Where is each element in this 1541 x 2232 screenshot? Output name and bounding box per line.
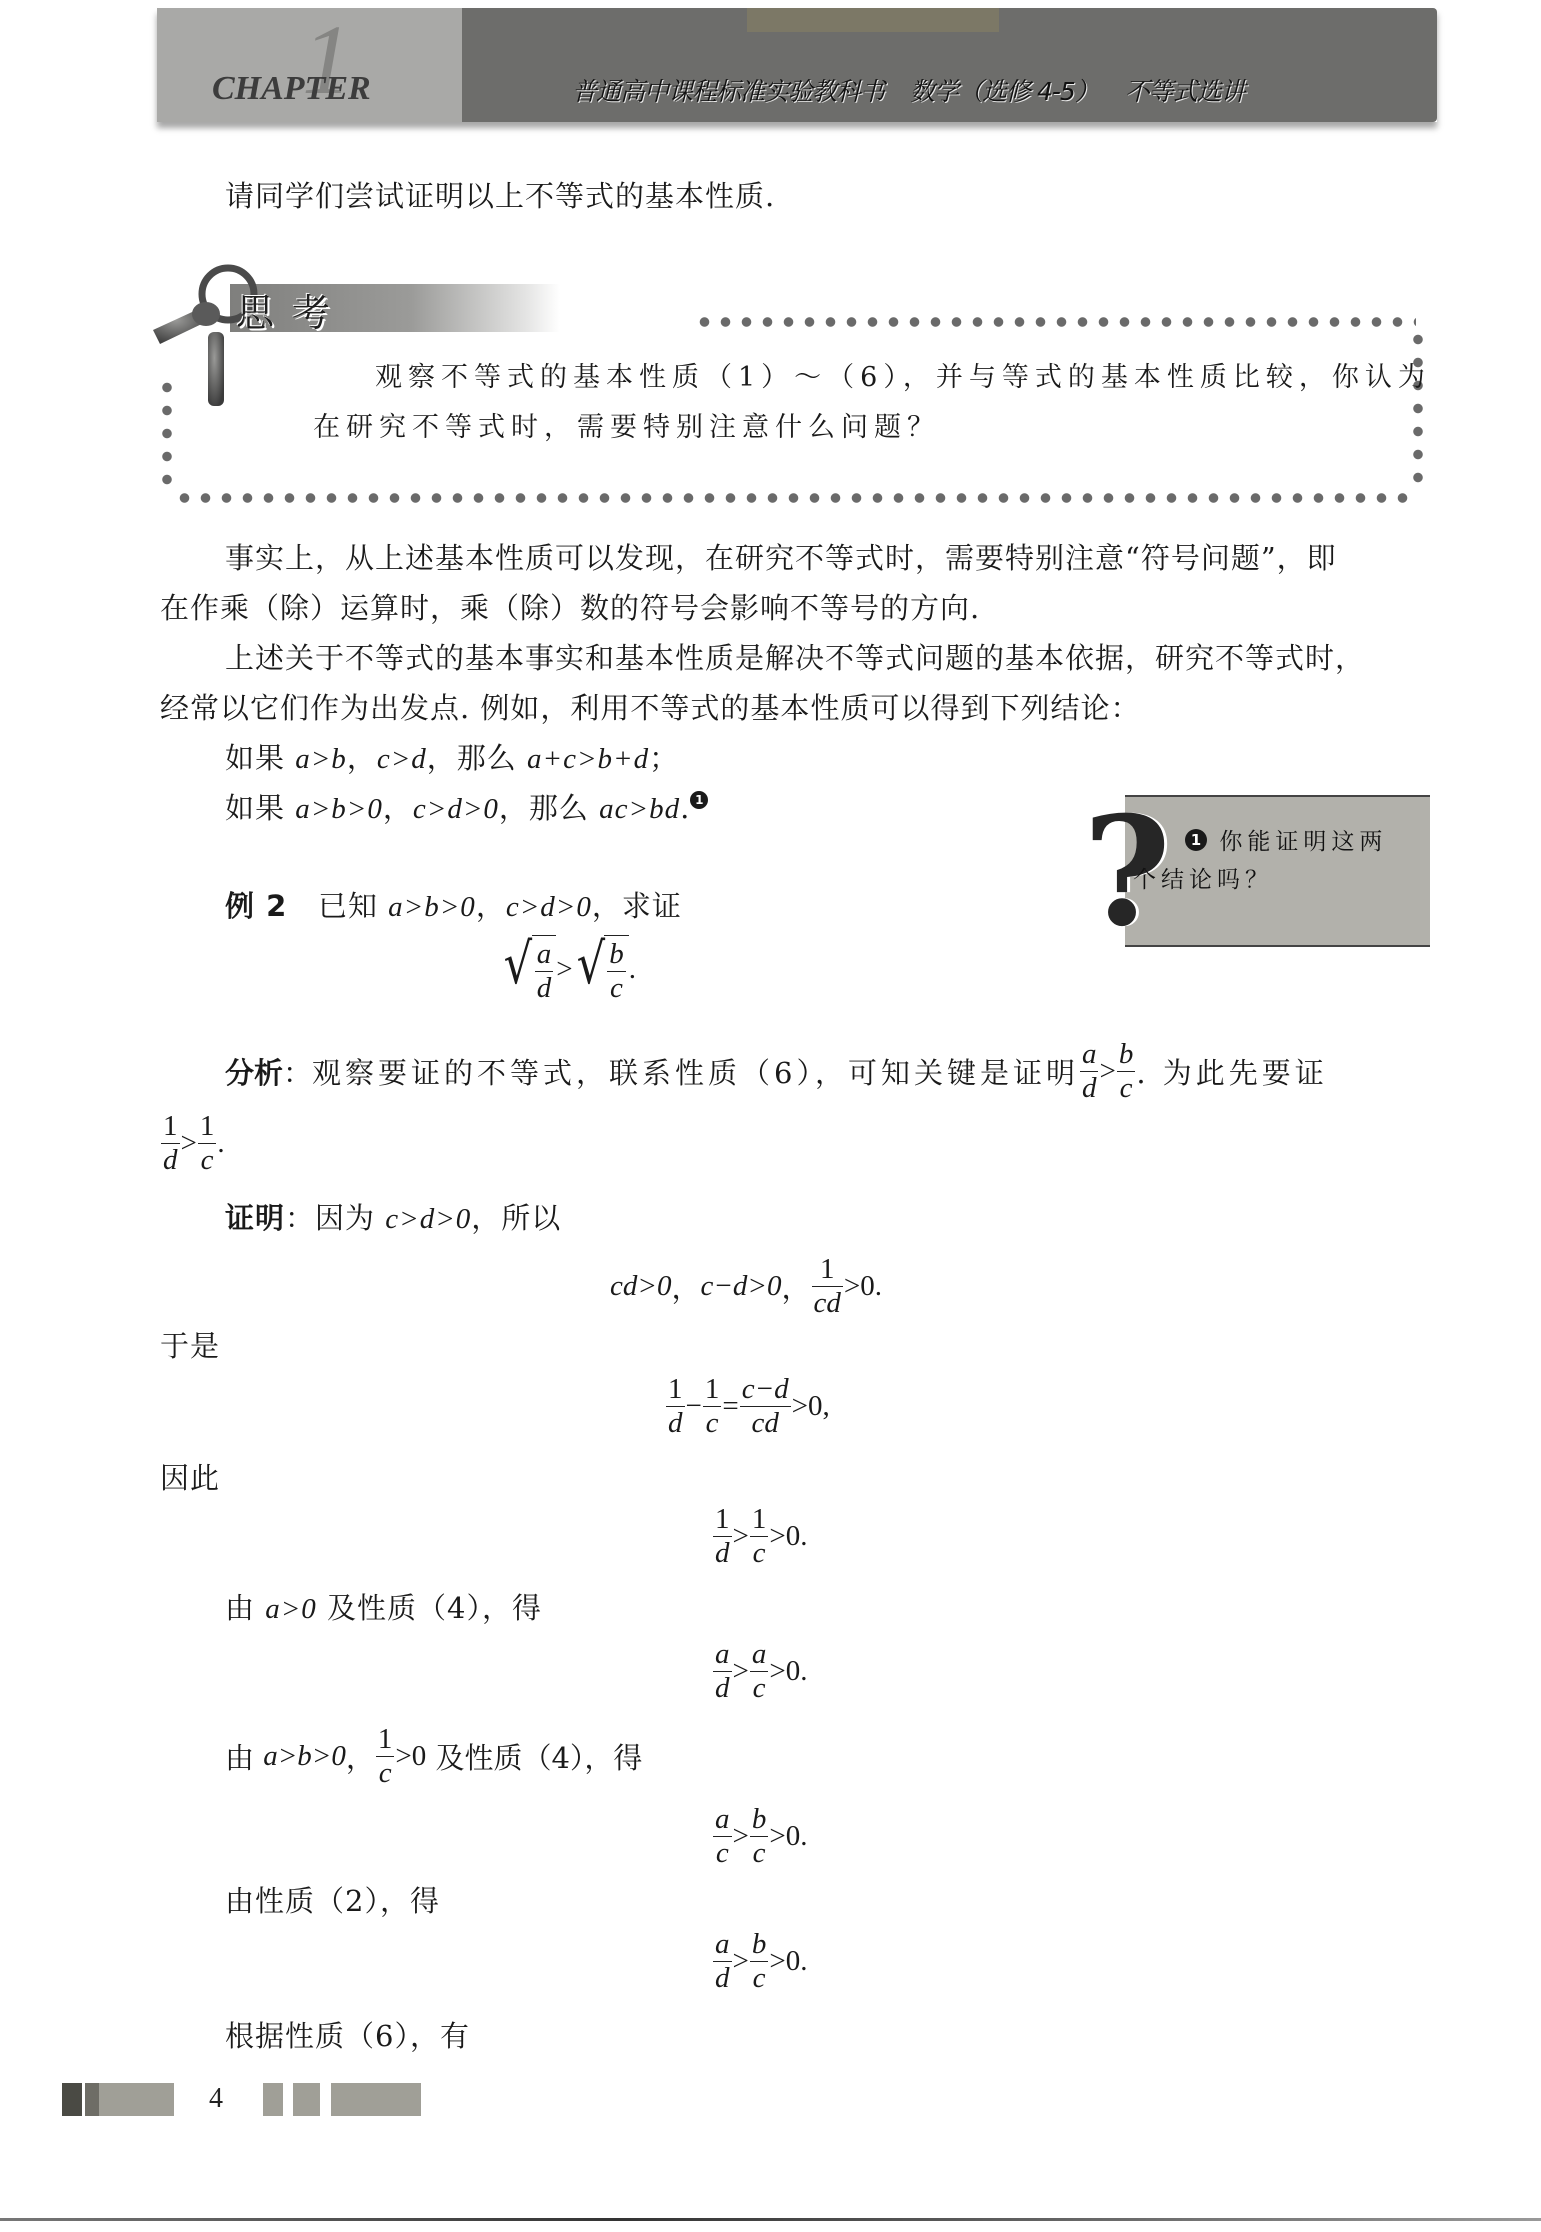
footer-decor-block bbox=[293, 2083, 320, 2116]
fraction: 1d bbox=[713, 1505, 732, 1568]
math-op: >0 bbox=[395, 1740, 426, 1773]
book-title: 普通高中课程标准实验教科书 bbox=[572, 77, 884, 106]
text: 已知 bbox=[318, 889, 378, 923]
sqrt: √bc bbox=[573, 935, 629, 1003]
text: ，所以 bbox=[471, 1201, 561, 1235]
footnote-marker-icon[interactable]: 1 bbox=[690, 791, 708, 809]
analysis-continuation: 1d > 1c . bbox=[160, 1112, 225, 1175]
footer-decor-block bbox=[263, 2083, 283, 2116]
sqrt: √ad bbox=[500, 935, 556, 1003]
proof-formula-6: ad > bc >0. bbox=[712, 1930, 807, 1993]
math-op: >0. bbox=[844, 1270, 882, 1303]
fraction: 1c bbox=[750, 1505, 769, 1568]
math-inline: c>d>0 bbox=[506, 891, 592, 923]
math-op: >0. bbox=[769, 1655, 807, 1688]
text: 如果 bbox=[225, 741, 285, 775]
header-accent-strip bbox=[747, 8, 999, 32]
think-question-line-2: 在研究不等式时，需要特别注意什么问题？ bbox=[313, 410, 940, 446]
intro-line: 请同学们尝试证明以上不等式的基本性质. bbox=[225, 178, 775, 214]
proof-step-7: 根据性质（6），有 bbox=[225, 2018, 470, 2054]
math-op: > bbox=[1099, 1055, 1115, 1088]
proof-formula-4: ad > ac >0. bbox=[712, 1640, 807, 1703]
math-inline: c>d bbox=[377, 743, 427, 775]
text: ，求证 bbox=[592, 889, 682, 923]
chapter-header-bar: 1 CHAPTER 普通高中课程标准实验教科书数学（选修 4-5）不等式选讲 bbox=[157, 8, 1437, 122]
proof-line: 证明：因为 c>d>0，所以 bbox=[225, 1200, 561, 1237]
math-inline: a>b>0 bbox=[295, 793, 383, 825]
note-marker-icon: 1 bbox=[1185, 829, 1207, 851]
proof-formula-2: 1d − 1c = c−dcd >0, bbox=[665, 1375, 830, 1438]
text: 如果 bbox=[225, 791, 285, 825]
math-op: . bbox=[629, 953, 636, 986]
math-inline: c−d>0 bbox=[700, 1270, 781, 1303]
paragraph-2-line-1: 上述关于不等式的基本事实和基本性质是解决不等式问题的基本依据，研究不等式时， bbox=[225, 640, 1365, 676]
paragraph-1-line-2: 在作乘（除）运算时，乘（除）数的符号会影响不等号的方向. bbox=[160, 590, 980, 626]
footer-rule bbox=[0, 2218, 1541, 2221]
fraction: 1c bbox=[376, 1725, 395, 1788]
math-op: >0. bbox=[769, 1820, 807, 1853]
math-inline: a>0 bbox=[265, 1593, 317, 1625]
text: 你能证明这两 bbox=[1219, 829, 1387, 855]
fraction: c−dcd bbox=[740, 1375, 791, 1438]
dotted-border-top bbox=[694, 316, 1416, 328]
fraction: 1d bbox=[666, 1375, 685, 1438]
proof-step-4: 由 a>0 及性质（4），得 bbox=[225, 1590, 542, 1627]
dotted-border-bottom bbox=[174, 492, 1414, 504]
side-note-line-2: 个结论吗？ bbox=[1133, 861, 1273, 894]
footer-decor-block bbox=[85, 2083, 99, 2116]
math-inline: a>b>0 bbox=[263, 1740, 346, 1773]
fraction: ad bbox=[713, 1930, 732, 1993]
text: 及性质（4），得 bbox=[435, 1736, 642, 1777]
proof-formula-3: 1d > 1c >0. bbox=[712, 1505, 807, 1568]
example-2-statement: 例 2 已知 a>b>0，c>d>0，求证 bbox=[225, 888, 682, 925]
side-note: ? 1 你能证明这两 个结论吗？ bbox=[1085, 795, 1430, 943]
fraction: 1d bbox=[161, 1112, 180, 1175]
fraction: bc bbox=[750, 1805, 769, 1868]
text: ： bbox=[285, 1201, 315, 1235]
text: 由 bbox=[225, 1591, 255, 1625]
page-number: 4 bbox=[209, 2083, 223, 2115]
example-label: 例 2 bbox=[225, 889, 287, 923]
math-op: > bbox=[733, 1655, 749, 1688]
example-2-goal-formula: √ad > √bc . bbox=[500, 935, 636, 1003]
paragraph-1-line-1: 事实上，从上述基本性质可以发现，在研究不等式时，需要特别注意“符号问题”，即 bbox=[225, 540, 1337, 576]
math-op: >0. bbox=[769, 1520, 807, 1553]
text: 及性质（4），得 bbox=[327, 1591, 542, 1625]
math-op: > bbox=[733, 1820, 749, 1853]
think-box bbox=[160, 316, 1422, 500]
text: ， bbox=[671, 1266, 700, 1307]
analysis-line: 分析：观察要证的不等式，联系性质（6），可知关键是证明 ad > bc . 为此… bbox=[225, 1040, 1328, 1103]
text: ， bbox=[346, 1736, 375, 1777]
text: ， bbox=[476, 889, 506, 923]
subject-title: 数学（选修 4-5） bbox=[910, 77, 1099, 106]
proof-formula-1: cd>0， c−d>0， 1cd >0. bbox=[610, 1255, 882, 1318]
text: 由 bbox=[225, 1736, 254, 1777]
math-op: = bbox=[722, 1390, 738, 1423]
text: ， bbox=[781, 1266, 810, 1307]
therefore-label: 因此 bbox=[160, 1460, 220, 1496]
text: ，那么 bbox=[499, 791, 589, 825]
math-op: >0, bbox=[792, 1390, 830, 1423]
fraction: ad bbox=[1080, 1040, 1099, 1103]
math-inline: c>d>0 bbox=[413, 793, 499, 825]
fraction: ac bbox=[713, 1805, 732, 1868]
math-op: > bbox=[556, 953, 572, 986]
paragraph-2-line-2: 经常以它们作为出发点. 例如，利用不等式的基本性质可以得到下列结论： bbox=[160, 690, 1140, 726]
conclusion-1: 如果 a>b，c>d，那么 a+c>b+d； bbox=[225, 740, 679, 777]
text: ； bbox=[649, 741, 679, 775]
text: ，那么 bbox=[427, 741, 517, 775]
math-op: > bbox=[733, 1520, 749, 1553]
think-label: 思考 bbox=[236, 282, 348, 337]
math-op: > bbox=[733, 1945, 749, 1978]
footer-decor-block bbox=[331, 2083, 421, 2116]
math-inline: c>d>0 bbox=[385, 1203, 471, 1235]
running-title: 普通高中课程标准实验教科书数学（选修 4-5）不等式选讲 bbox=[572, 72, 1271, 108]
text: ： bbox=[283, 1051, 312, 1092]
side-note-line-1: 1 你能证明这两 bbox=[1185, 823, 1387, 856]
dotted-border-right bbox=[1412, 328, 1424, 494]
fraction: 1c bbox=[703, 1375, 722, 1438]
text: ， bbox=[347, 741, 377, 775]
so-label: 于是 bbox=[160, 1328, 220, 1364]
fraction: bc bbox=[1117, 1040, 1136, 1103]
math-inline: ac>bd bbox=[599, 793, 680, 825]
volume-title: 不等式选讲 bbox=[1125, 77, 1245, 106]
text: . 为此先要证 bbox=[1136, 1051, 1327, 1092]
math-op: . bbox=[217, 1127, 224, 1160]
footer-decor-block bbox=[99, 2083, 174, 2116]
math-op: − bbox=[686, 1390, 702, 1423]
math-inline: a>b bbox=[295, 743, 347, 775]
math-op: >0. bbox=[769, 1945, 807, 1978]
think-question-line-1: 观察不等式的基本性质（1）～（6），并与等式的基本性质比较，你认为 bbox=[375, 360, 1431, 396]
math-inline: cd>0 bbox=[610, 1270, 671, 1303]
text: ， bbox=[383, 791, 413, 825]
conclusion-2: 如果 a>b>0，c>d>0，那么 ac>bd.1 bbox=[225, 790, 708, 827]
text: 因为 bbox=[315, 1201, 375, 1235]
text: 观察要证的不等式，联系性质（6），可知关键是证明 bbox=[312, 1051, 1079, 1092]
proof-step-5: 由 a>b>0， 1c >0 及性质（4），得 bbox=[225, 1725, 642, 1788]
fraction: bc bbox=[750, 1930, 769, 1993]
math-inline: a+c>b+d bbox=[527, 743, 649, 775]
text: . bbox=[680, 791, 690, 825]
fraction: ad bbox=[713, 1640, 732, 1703]
proof-formula-5: ac > bc >0. bbox=[712, 1805, 807, 1868]
footer-decor-block bbox=[62, 2083, 82, 2116]
fraction: 1cd bbox=[812, 1255, 843, 1318]
chapter-label: CHAPTER bbox=[212, 70, 371, 108]
proof-step-6: 由性质（2），得 bbox=[225, 1883, 440, 1919]
fraction: 1c bbox=[198, 1112, 217, 1175]
math-inline: a>b>0 bbox=[388, 891, 476, 923]
math-op: > bbox=[181, 1127, 197, 1160]
fraction: ac bbox=[750, 1640, 769, 1703]
analysis-label: 分析 bbox=[225, 1051, 283, 1092]
proof-label: 证明 bbox=[225, 1201, 285, 1235]
